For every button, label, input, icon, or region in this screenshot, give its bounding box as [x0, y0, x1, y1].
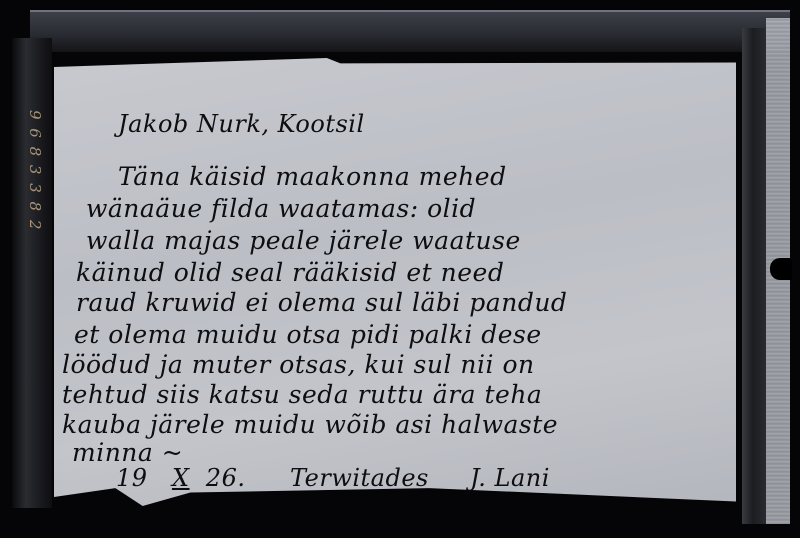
letter-line-5: raud kruwid ei olema sul läbi pandud [76, 288, 567, 317]
date-year: 26. [206, 464, 246, 492]
letter-line-3: walla majas peale järele waatuse [86, 226, 521, 255]
date-day: 19 [116, 464, 148, 492]
letter-heading: Jakob Nurk, Kootsil [118, 110, 365, 138]
plate-frame-top [30, 10, 790, 52]
letter-line-1: Täna käisid maakonna mehed [118, 162, 507, 191]
plate-frame-right-inner [742, 28, 766, 524]
letter-line-2: wänaäue filda waatamas: olid [86, 194, 476, 223]
plate-notch [770, 258, 792, 280]
letter-line-10: minna ~ [72, 438, 183, 467]
letter-closing: Terwitades [290, 464, 429, 492]
letter-line-6: et olema muidu otsa pidi palki dese [74, 320, 542, 349]
letter-line-7: löödud ja muter otsas, kui sul nii on [62, 350, 535, 379]
date-month: X [172, 464, 190, 492]
letter-line-4: käinud olid seal rääkisid et need [76, 258, 504, 287]
letter-signature: J. Lani [470, 464, 550, 492]
letter-date: 19 X 26. [116, 464, 245, 492]
archive-margin-number: 9 6 8 3 3 8 2 [14, 110, 44, 410]
letter-line-8: tehtud siis katsu seda ruttu ära teha [62, 380, 542, 409]
letter-line-9: kauba järele muidu wõib asi halwaste [62, 410, 558, 439]
